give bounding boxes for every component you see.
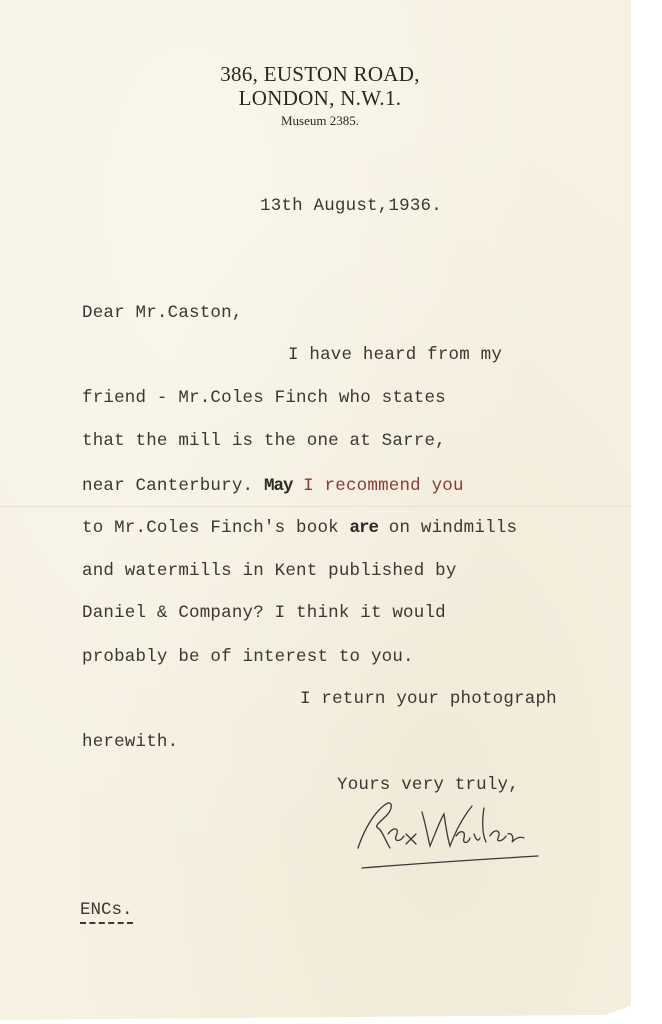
body-line: I have heard from my [288, 345, 502, 365]
letterhead-address-line2: LONDON, N.W.1. [180, 86, 460, 110]
letterhead: 386, EUSTON ROAD, LONDON, N.W.1. Museum … [180, 62, 460, 130]
struck-word: are [350, 518, 379, 538]
overtyped-word: May [264, 476, 293, 496]
letterhead-address-line1: 386, EUSTON ROAD, [180, 62, 460, 86]
body-line: to Mr.Coles Finch's book are on windmill… [82, 518, 517, 538]
body-text: to Mr.Coles Finch's book [82, 518, 339, 538]
body-line: probably be of interest to you. [82, 647, 414, 667]
letter-date: 13th August,1936. [260, 196, 442, 216]
salutation: Dear Mr.Caston, [82, 303, 243, 323]
letterhead-telephone: Museum 2385. [180, 112, 460, 130]
body-line: herewith. [82, 732, 178, 752]
enclosure-note: ENCs. [80, 900, 133, 924]
fold-crease [0, 506, 631, 508]
body-line: friend - Mr.Coles Finch who states [82, 388, 446, 408]
body-line: I return your photograph [300, 689, 557, 709]
signature [352, 790, 552, 880]
body-text: near Canterbury. [82, 476, 253, 496]
red-ink-text: I recommend you [292, 476, 463, 496]
body-line: that the mill is the one at Sarre, [82, 431, 446, 451]
body-line: and watermills in Kent published by [82, 561, 457, 581]
body-text: on windmills [378, 518, 517, 538]
body-line: near Canterbury. May I recommend you [82, 476, 464, 496]
body-line: Daniel & Company? I think it would [82, 603, 446, 623]
